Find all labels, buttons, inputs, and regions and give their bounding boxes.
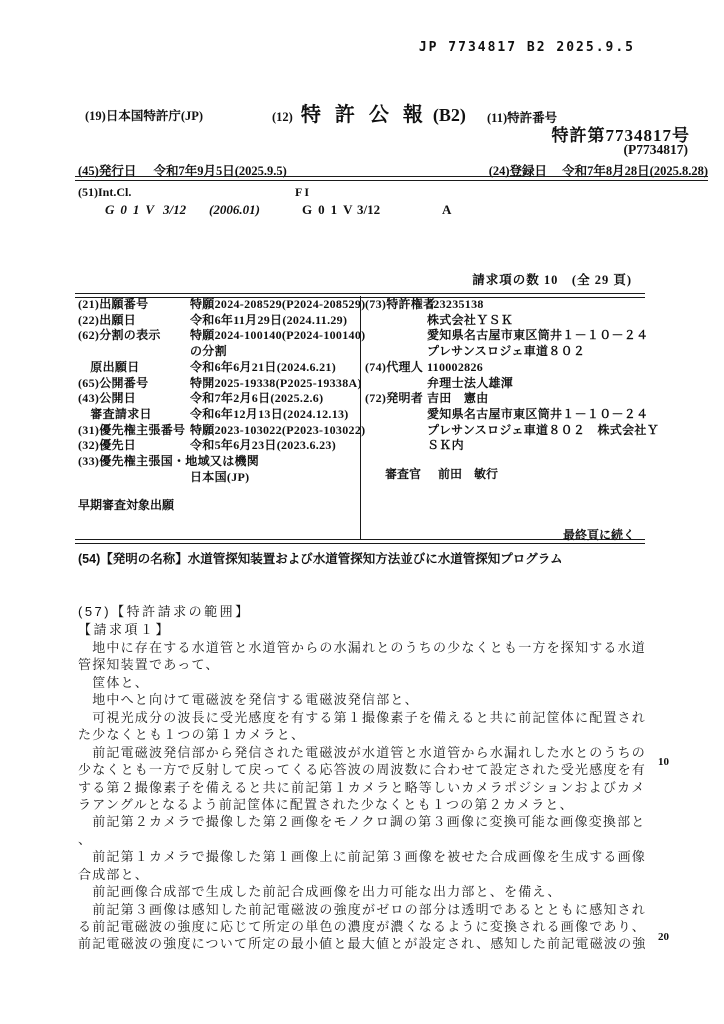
biblio-row: 弁理士法人雄渾 [365,376,655,392]
fi-division: A [442,202,451,218]
invention-title-label: (54)【発明の名称】 [78,552,188,566]
claim-text-line: 前記電磁波の強度について所定の最小値と最大値とが設定され、感知した前記電磁波の強 [78,933,650,950]
claim-text-line: 、 [78,829,650,846]
claim-text-line: 筐体と、 [78,672,650,689]
claim-text-line: する第２撮像素子を備えると共に前記第１カメラと略等しいカメラポジションおよびカメ [78,777,650,794]
biblio-row: ＳＫ内 [365,438,655,454]
biblio-row: (32)優先日令和5年6月23日(2023.6.23) [78,438,360,454]
claim-text-line: る前記電磁波の強度に応じて所定の単色の濃度が濃くなるように変換される画像であり、 [78,916,650,933]
horizontal-double-rule-top [75,176,708,181]
examiner-row: 審査官 前田 敏行 [385,465,498,482]
claim-1-body: 地中に存在する水道管と水道管からの水漏れとのうちの少なくとも一方を探知する水道 … [78,637,650,951]
claim-text-line: 少なくとも一方で反射して戻ってくる応答波の周波数に合わせて設定された受光感度を有 [78,759,650,776]
biblio-row: (73)特許権者523235138 [365,297,655,313]
publication-id: JP 7734817 B2 2025.9.5 [419,40,635,55]
biblio-row: プレサンスロジェ車道８０２ [365,344,655,360]
biblio-row: 審査請求日令和6年12月13日(2024.12.13) [78,407,360,423]
biblio-row: プレサンスロジェ車道８０２ 株式会社Ｙ [365,423,655,439]
patent-document-page: JP 7734817 B2 2025.9.5 (19)日本国特許庁(JP) (1… [0,0,724,1024]
fi-subclass: 3/12 [357,202,380,218]
invention-title-row: (54)【発明の名称】水道管探知装置および水道管探知方法並びに水道管探知プログラ… [78,549,563,567]
margin-line-number-10: 10 [658,756,669,768]
fi-class: G01V [302,202,359,217]
biblio-left-column: (21)出願番号特願2024-208529(P2024-208529) (22)… [78,297,360,485]
claims-count: 請求項の数 10 (全 29 頁) [472,270,632,288]
horizontal-double-rule-bottom [75,539,645,544]
claim-text-line: 前記第１カメラで撮像した第１画像上に前記第３画像を被せた合成画像を生成する画像 [78,846,650,863]
invention-title-text: 水道管探知装置および水道管探知方法並びに水道管探知プログラム [188,552,563,566]
claim-text-line: た少なくとも１つの第１カメラと、 [78,724,650,741]
claim-text-line: 前記画像合成部で生成した前記合成画像を出力可能な出力部と、を備え、 [78,881,650,898]
gazette-title: 特許公報 [301,104,437,126]
claim-text-line: 地中に存在する水道管と水道管からの水漏れとのうちの少なくとも一方を探知する水道 [78,637,650,654]
claim-1-heading: 【請求項１】 [78,619,171,638]
biblio-row: (65)公開番号特開2025-19338(P2025-19338A) [78,376,360,392]
biblio-row: 原出願日令和6年6月21日(2024.6.21) [78,360,360,376]
examiner-name: 前田 敏行 [438,467,498,481]
claim-text-line: ラアングルとなるよう前記筐体に配置された少なくとも１つの第２カメラと、 [78,794,650,811]
biblio-right-column: (73)特許権者523235138 株式会社ＹＳＫ 愛知県名古屋市東区筒井１－１… [365,297,655,454]
claim-text-line: 前記第３画像は感知した前記電磁波の強度がゼロの部分は透明であるとともに感知され [78,899,650,916]
claim-text-line: 合成部と、 [78,864,650,881]
fi-label: FI [295,185,311,200]
fi-code: G01V 3/12 A [302,202,359,218]
claim-text-line: 前記電磁波発信部から発信された電磁波が水道管と水道管から水漏れした水とのうちの [78,742,650,759]
biblio-row: 愛知県名古屋市東区筒井１－１０－２４ [365,328,655,344]
claim-text-line: 前記第２カメラで撮像した第２画像をモノクロ調の第３画像に変換可能な画像変換部と [78,811,650,828]
intcl-code: G01V 3/12 (2006.01) [105,202,160,218]
intcl-subclass: 3/12 [163,202,186,218]
biblio-row: 株式会社ＹＳＫ [365,313,655,329]
biblio-row: (43)公開日令和7年2月6日(2025.2.6) [78,391,360,407]
intcl-class: G01V [105,202,160,217]
patent-number-label: (11)特許番号 [487,108,557,126]
biblio-row: (72)発明者吉田 憲由 [365,391,655,407]
intcl-label: (51)Int.Cl. [78,185,131,200]
biblio-row: (21)出願番号特願2024-208529(P2024-208529) [78,297,360,313]
biblio-row: 愛知県名古屋市東区筒井１－１０－２４ [365,407,655,423]
biblio-row: (74)代理人110002826 [365,360,655,376]
accelerated-examination-note: 早期審査対象出願 [78,496,174,513]
patent-office-name: (19)日本国特許庁(JP) [85,106,203,124]
claim-text-line: 地中へと向けて電磁波を発信する電磁波発信部と、 [78,689,650,706]
kind-code-number: (12) [272,110,293,124]
biblio-row: (22)出願日令和6年11月29日(2024.11.29) [78,313,360,329]
publication-kind: (12) 特許公報 (B2) [272,98,466,127]
patent-number-paren: (P7734817) [624,142,689,158]
claims-section-heading: (57)【特許請求の範囲】 [78,601,251,620]
margin-line-number-20: 20 [658,931,669,943]
biblio-row: (33)優先権主張国・地域又は機関 [78,454,360,470]
kind-code-suffix: (B2) [433,105,466,125]
claim-text-line: 管探知装置であって、 [78,654,650,671]
intcl-version: (2006.01) [209,202,260,218]
examiner-label: 審査官 [385,467,421,481]
claim-text-line: 可視光成分の波長に受光感度を有する第１撮像素子を備えると共に前記筐体に配置され [78,707,650,724]
biblio-row: (31)優先権主張番号特願2023-103022(P2023-103022) [78,423,360,439]
biblio-row: 日本国(JP) [78,470,360,486]
biblio-row: (62)分割の表示特願2024-100140(P2024-100140) [78,328,360,344]
biblio-row: の分割 [78,344,360,360]
